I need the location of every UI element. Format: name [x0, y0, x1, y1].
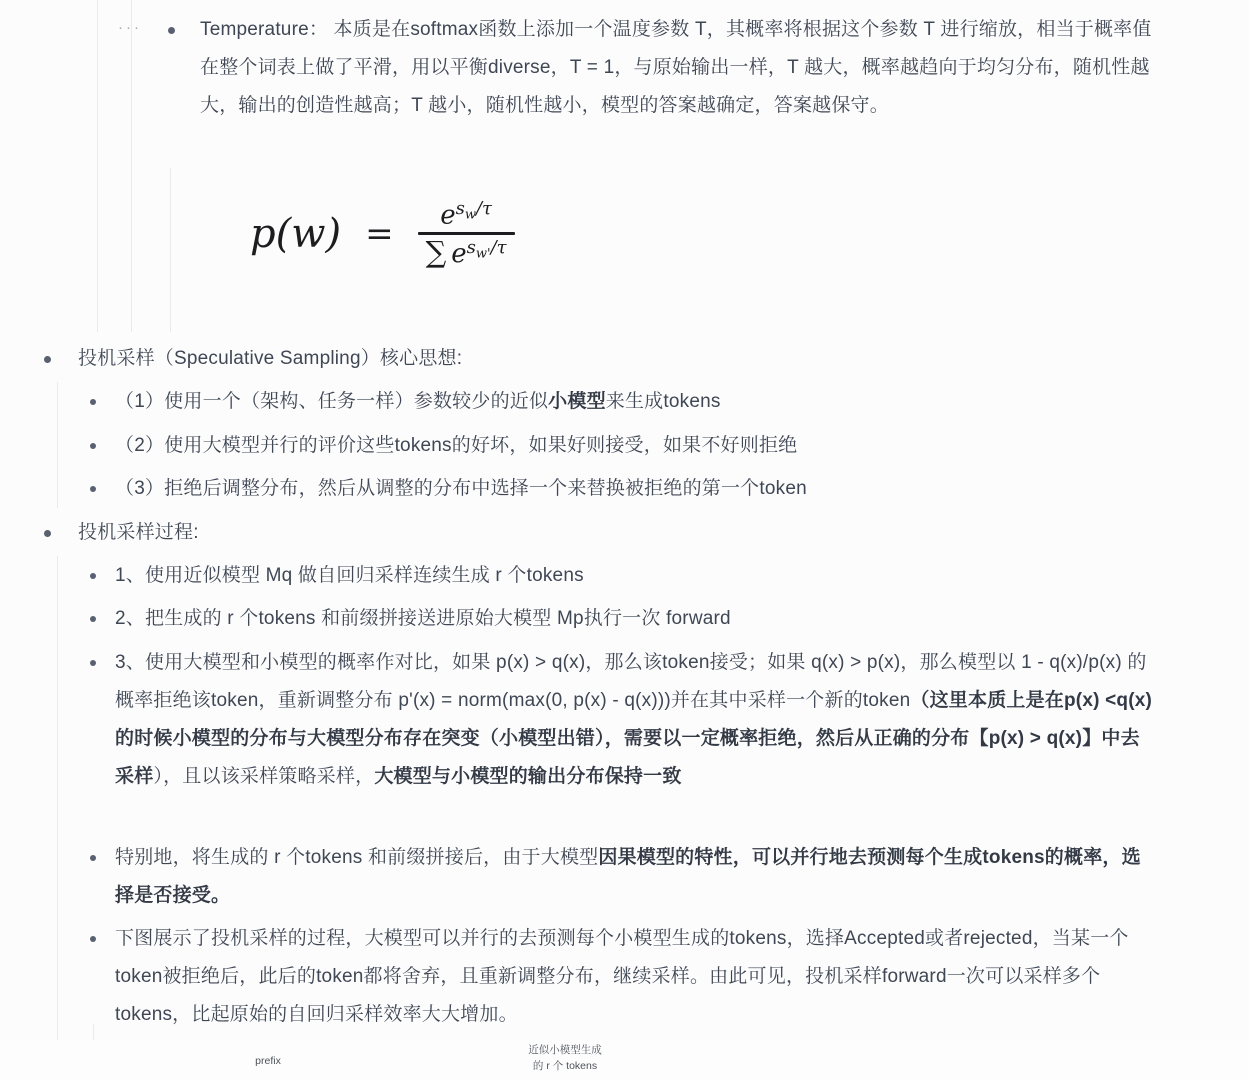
document-page: { "colors": { "background": "#fcfcfd", "…	[0, 0, 1249, 1080]
bold-text-segment: 大模型与小模型的输出分布保持一致	[374, 766, 681, 787]
text-segment: （1）使用一个（架构、任务一样）参数较少的近似	[115, 391, 548, 412]
formula-denominator: ∑esw'/τ	[418, 235, 515, 271]
bullet-item-parallel-note: 特别地，将生成的 r 个tokens 和前缀拼接后，由于大模型因果模型的特性，可…	[0, 839, 1249, 915]
text-segment: （3）拒绝后调整分布，然后从调整的分布中选择一个来替换被拒绝的第一个token	[115, 478, 807, 499]
text-segment: 来生成tokens	[606, 391, 721, 412]
bullet-item-step-3: 3、使用大模型和小模型的概率作对比，如果 p(x) > q(x)，那么该toke…	[0, 644, 1249, 796]
formula-w-sub: w	[465, 208, 476, 223]
list-item-text[interactable]: 2、把生成的 r 个tokens 和前缀拼接送进原始大模型 Mp执行一次 for…	[115, 600, 1153, 638]
text-segment: 特别地，将生成的 r 个tokens 和前缀拼接后，由于大模型	[115, 847, 598, 868]
list-item-text[interactable]: 下图展示了投机采样的过程，大模型可以并行的去预测每个小模型生成的tokens，选…	[115, 920, 1153, 1034]
document-canvas: ··· Temperature： 本质是在softmax函数上添加一个温度参数 …	[0, 0, 1249, 1080]
list-item-text[interactable]: （2）使用大模型并行的评价这些tokens的好坏，如果好则接受，如果不好则拒绝	[115, 427, 1153, 465]
bullet-icon	[90, 855, 96, 861]
bullet-item-step-1: 1、使用近似模型 Mq 做自回归采样连续生成 r 个tokens	[0, 557, 1249, 595]
bullet-icon	[44, 356, 51, 363]
figure-label-prefix: prefix	[233, 1053, 303, 1069]
text-segment: Temperature： 本质是在softmax函数上添加一个温度参数 T，其概…	[200, 19, 1152, 116]
heading-text[interactable]: 投机采样过程:	[78, 514, 1153, 552]
formula-e: e	[451, 239, 466, 269]
formula-over-tau: /τ	[476, 198, 492, 219]
figure-speculative-sampling[interactable]: prefix 近似小模型生成 的 r 个 tokens	[0, 1040, 1249, 1080]
list-item-text[interactable]: 3、使用大模型和小模型的概率作对比，如果 p(x) > q(x)，那么该toke…	[115, 644, 1153, 796]
bullet-icon	[90, 399, 96, 405]
formula-fraction: esw/τ ∑esw'/τ	[418, 197, 515, 271]
list-item-text[interactable]: （3）拒绝后调整分布，然后从调整的分布中选择一个来替换被拒绝的第一个token	[115, 470, 1153, 508]
formula-over-tau: /τ	[491, 237, 507, 258]
text-segment: 下图展示了投机采样的过程，大模型可以并行的去预测每个小模型生成的tokens，选…	[115, 928, 1129, 1025]
formula-lhs: p(w)	[250, 211, 341, 257]
figure-label-line: 近似小模型生成	[495, 1042, 635, 1058]
bullet-item-process-heading: 投机采样过程:	[0, 514, 1249, 552]
formula-equals: =	[365, 214, 394, 254]
text-segment: 1、使用近似模型 Mq 做自回归采样连续生成 r 个tokens	[115, 565, 584, 586]
figure-label-small-model-tokens: 近似小模型生成 的 r 个 tokens	[495, 1042, 635, 1074]
list-item-text[interactable]: 特别地，将生成的 r 个tokens 和前缀拼接后，由于大模型因果模型的特性，可…	[115, 839, 1153, 915]
list-item-text[interactable]: （1）使用一个（架构、任务一样）参数较少的近似小模型来生成tokens	[115, 383, 1153, 421]
formula-s: s	[467, 237, 476, 258]
sum-icon: ∑	[426, 235, 447, 269]
bullet-icon	[90, 443, 96, 449]
text-segment: 2、把生成的 r 个tokens 和前缀拼接送进原始大模型 Mp执行一次 for…	[115, 608, 731, 629]
text-segment: ），且以该采样策略采样，	[153, 766, 374, 787]
bullet-item-step-2: 2、把生成的 r 个tokens 和前缀拼接送进原始大模型 Mp执行一次 for…	[0, 600, 1249, 638]
figure-label-line: 的 r 个 tokens	[495, 1058, 635, 1074]
indent-guide	[170, 168, 171, 332]
bullet-item-core-idea-heading: 投机采样（Speculative Sampling）核心思想:	[0, 340, 1249, 378]
bullet-item-idea-1: （1）使用一个（架构、任务一样）参数较少的近似小模型来生成tokens	[0, 383, 1249, 421]
formula-s: s	[456, 198, 465, 219]
formula-numerator: esw/τ	[432, 197, 500, 232]
bullet-icon	[90, 660, 96, 666]
bullet-item-figure-intro: 下图展示了投机采样的过程，大模型可以并行的去预测每个小模型生成的tokens，选…	[0, 920, 1249, 1034]
bullet-icon	[90, 936, 96, 942]
text-segment: （2）使用大模型并行的评价这些tokens的好坏，如果好则接受，如果不好则拒绝	[115, 435, 797, 456]
bullet-icon	[44, 530, 51, 537]
bullet-item-idea-2: （2）使用大模型并行的评价这些tokens的好坏，如果好则接受，如果不好则拒绝	[0, 427, 1249, 465]
bullet-icon	[90, 486, 96, 492]
bullet-icon	[90, 616, 96, 622]
paragraph-text[interactable]: Temperature： 本质是在softmax函数上添加一个温度参数 T，其概…	[200, 11, 1153, 125]
bullet-item-idea-3: （3）拒绝后调整分布，然后从调整的分布中选择一个来替换被拒绝的第一个token	[0, 470, 1249, 508]
bullet-item-temperature: Temperature： 本质是在softmax函数上添加一个温度参数 T，其概…	[0, 11, 1249, 125]
bullet-icon	[168, 27, 175, 34]
bullet-icon	[90, 573, 96, 579]
list-item-text[interactable]: 1、使用近似模型 Mq 做自回归采样连续生成 r 个tokens	[115, 557, 1153, 595]
formula-w-prime-sub: w'	[476, 246, 491, 261]
bold-text-segment: 小模型	[548, 391, 606, 412]
heading-text[interactable]: 投机采样（Speculative Sampling）核心思想:	[78, 340, 1153, 378]
softmax-temperature-formula[interactable]: p(w) = esw/τ ∑esw'/τ	[250, 197, 515, 271]
formula-e: e	[440, 201, 455, 231]
